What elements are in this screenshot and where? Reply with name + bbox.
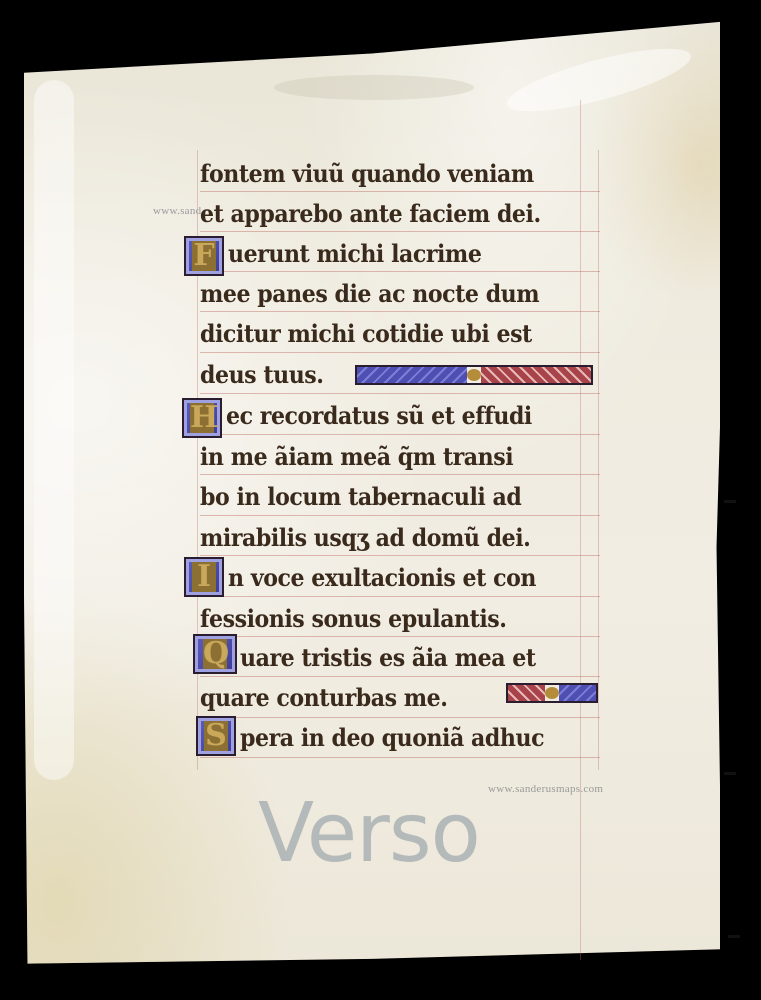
line-filler-blue-red — [355, 365, 593, 385]
filler-blue-segment — [559, 685, 596, 701]
filler-red-segment — [481, 367, 591, 383]
ruling-line — [200, 515, 600, 516]
manuscript-line: in me ãiam meã q̃m transi — [200, 441, 568, 473]
ruling-line — [200, 191, 600, 192]
edge-notch — [728, 935, 740, 938]
manuscript-line: bo in locum tabernaculi ad — [200, 481, 568, 513]
manuscript-line: mee panes die ac nocte dum — [200, 278, 568, 310]
ruling-line — [200, 474, 600, 475]
edge-notch — [724, 500, 736, 503]
illuminated-initial-s: S — [196, 716, 236, 756]
ruling-line — [200, 231, 600, 232]
filler-gold-dot — [467, 369, 481, 381]
edge-notch — [724, 772, 736, 775]
manuscript-line: dicitur michi cotidie ubi est — [200, 318, 568, 350]
manuscript-line: pera in deo quoniã adhuc — [240, 722, 608, 754]
ruling-line — [200, 555, 600, 556]
watermark-url-bottom: www.sanderusmaps.com — [488, 783, 603, 795]
filler-red-segment — [508, 685, 545, 701]
ruling-line — [200, 434, 600, 435]
illuminated-initial-f: F — [184, 236, 224, 276]
ruling-line — [200, 636, 600, 637]
ruling-line — [200, 676, 600, 677]
ruling-line — [200, 596, 600, 597]
filler-gold-dot — [545, 687, 559, 699]
manuscript-line: uare tristis es ãia mea et — [240, 642, 608, 674]
illuminated-initial-h: H — [182, 398, 222, 438]
parchment-abrasion — [34, 80, 74, 780]
ruling-line — [200, 717, 600, 718]
ruling-line — [200, 271, 600, 272]
ruling-line — [200, 393, 600, 394]
parchment-stain — [274, 75, 474, 100]
manuscript-line: et apparebo ante faciem dei. — [200, 198, 568, 230]
parchment-abrasion — [502, 36, 696, 124]
illuminated-initial-i: I — [184, 557, 224, 597]
filler-blue-segment — [357, 367, 467, 383]
line-filler-red-blue — [506, 683, 598, 703]
side-label-watermark: Verso — [258, 786, 480, 881]
ruling-vertical-right — [598, 150, 599, 770]
watermark-url-top: www.sand — [153, 205, 201, 217]
ruling-line — [200, 352, 600, 353]
ruling-vertical-outer — [580, 100, 581, 960]
manuscript-line: fontem viuũ quando veniam — [200, 158, 568, 190]
manuscript-line: mirabilis usqʒ ad domũ dei. — [200, 522, 568, 554]
ruling-line — [200, 757, 600, 758]
manuscript-line: fessionis sonus epulantis. — [200, 603, 568, 635]
illuminated-initial-q: Q — [193, 634, 237, 674]
manuscript-line: ec recordatus sũ et effudi — [226, 400, 594, 432]
ruling-line — [200, 311, 600, 312]
manuscript-line: uerunt michi lacrime — [228, 238, 596, 270]
manuscript-line: n voce exultacionis et con — [228, 562, 596, 594]
